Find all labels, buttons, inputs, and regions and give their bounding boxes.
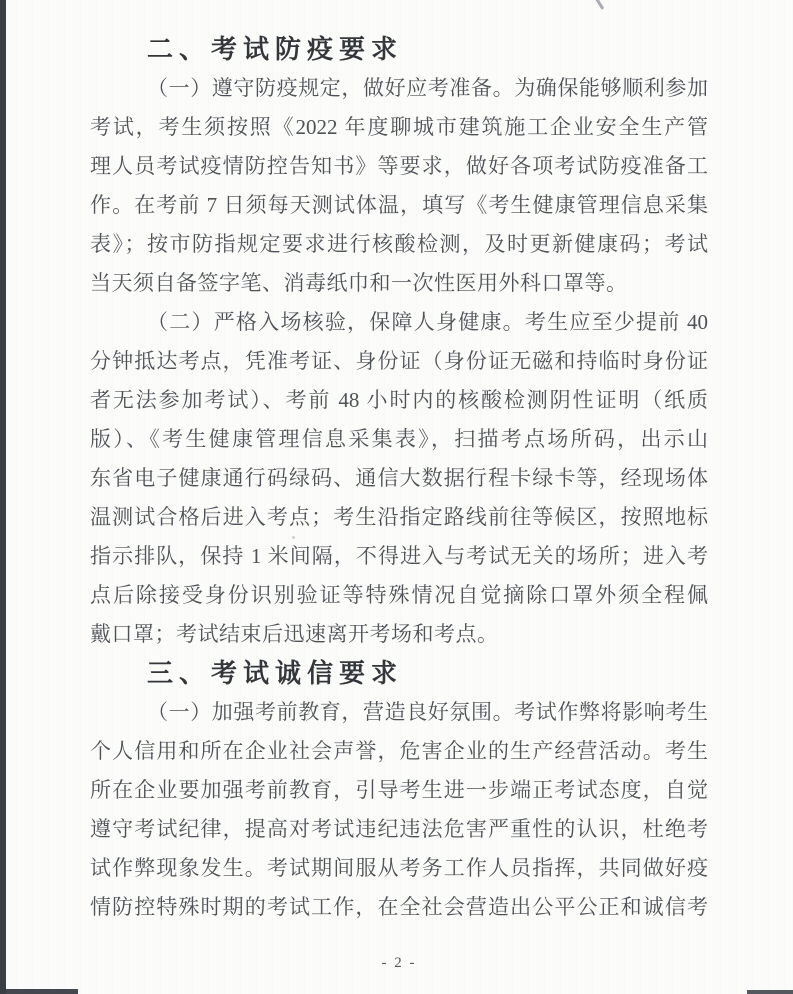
scan-edge-bottom-right <box>747 990 793 994</box>
text-line: 表》；按市防指规定要求进行核酸检测，及时更新健康码；考试 <box>90 225 708 264</box>
text-line: 温测试合格后进入考点；考生沿指定路线前往等候区，按照地标 <box>90 498 708 537</box>
text-line: 者无法参加考试）、考前 48 小时内的核酸检测阴性证明（纸质 <box>90 381 708 420</box>
text-line: 东省电子健康通行码绿码、通信大数据行程卡绿卡等，经现场体 <box>90 459 708 498</box>
section-heading: 二、考试防疫要求 <box>90 30 708 69</box>
text-line: （一）加强考前教育，营造良好氛围。考试作弊将影响考生 <box>90 693 708 732</box>
scan-edge-bottom-left <box>6 989 78 994</box>
section-heading: 三、考试诚信要求 <box>90 654 708 693</box>
text-line: 版）、《考生健康管理信息采集表》，扫描考点场所码，出示山 <box>90 420 708 459</box>
scan-artifact-top-mark <box>595 0 604 10</box>
text-line: 指示排队，保持 1 米间隔，不得进入与考试无关的场所；进入考 <box>90 537 708 576</box>
text-line: 分钟抵达考点，凭准考证、身份证（身份证无磁和持临时身份证 <box>90 342 708 381</box>
text-line: 作。在考前 7 日须每天测试体温，填写《考生健康管理信息采集 <box>90 186 708 225</box>
scanned-document-page: 二、考试防疫要求（一）遵守防疫规定，做好应考准备。为确保能够顺利参加考试，考生须… <box>0 0 793 994</box>
document-body: 二、考试防疫要求（一）遵守防疫规定，做好应考准备。为确保能够顺利参加考试，考生须… <box>90 30 708 927</box>
text-line: 所在企业要加强考前教育，引导考生进一步端正考试态度，自觉 <box>90 771 708 810</box>
text-line: 个人信用和所在企业社会声誉，危害企业的生产经营活动。考生 <box>90 732 708 771</box>
text-line: 点后除接受身份识别验证等特殊情况自觉摘除口罩外须全程佩 <box>90 576 708 615</box>
text-line: 试作弊现象发生。考试期间服从考务工作人员指挥，共同做好疫 <box>90 849 708 888</box>
scan-edge-left <box>0 0 6 994</box>
page-number: - 2 - <box>90 948 708 978</box>
text-line: （二）严格入场核验，保障人身健康。考生应至少提前 40 <box>90 303 708 342</box>
text-line: 戴口罩；考试结束后迅速离开考场和考点。 <box>90 615 708 654</box>
text-line: 情防控特殊时期的考试工作，在全社会营造出公平公正和诚信考 <box>90 888 708 927</box>
text-line: 遵守考试纪律，提高对考试违纪违法危害严重性的认识，杜绝考 <box>90 810 708 849</box>
text-line: （一）遵守防疫规定，做好应考准备。为确保能够顺利参加 <box>90 69 708 108</box>
text-line: 理人员考试疫情防控告知书》等要求，做好各项考试防疫准备工 <box>90 147 708 186</box>
text-line: 当天须自备签字笔、消毒纸巾和一次性医用外科口罩等。 <box>90 264 708 303</box>
text-line: 考试，考生须按照《2022 年度聊城市建筑施工企业安全生产管 <box>90 108 708 147</box>
